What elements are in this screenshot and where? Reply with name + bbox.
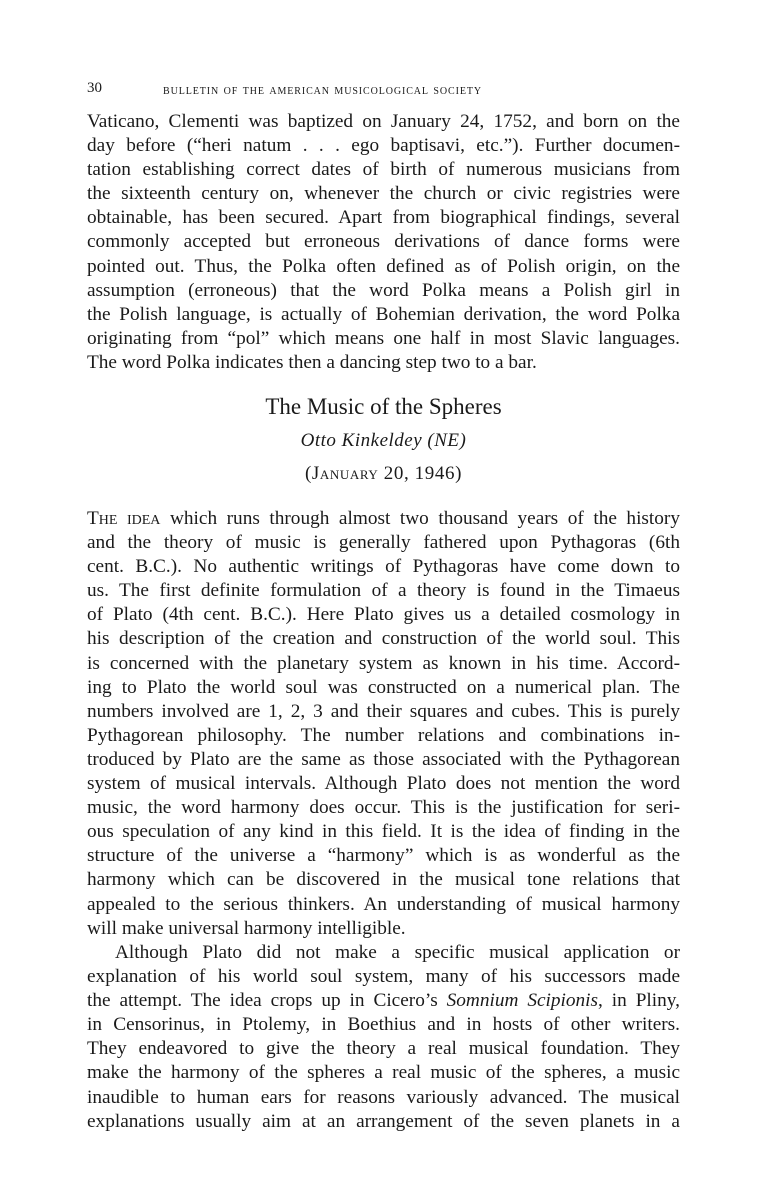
lead-in-small-caps: The idea — [87, 508, 160, 529]
line-prefix: the attempt. The idea crops up in Cicero… — [87, 990, 447, 1011]
text-line: ous speculation of any kind in this fiel… — [87, 820, 680, 844]
text-line: music, the word harmony does occur. This… — [87, 796, 680, 820]
text-line: make the harmony of the spheres a real m… — [87, 1061, 680, 1085]
text-line: us. The first definite formulation of a … — [87, 579, 680, 603]
text-line: numbers involved are 1, 2, 3 and their s… — [87, 700, 680, 724]
date-rest: 20, 1946) — [378, 463, 462, 484]
text-line: inaudible to human ears for reasons vari… — [87, 1086, 680, 1110]
text-line: in Censorinus, in Ptolemy, in Boethius a… — [87, 1013, 680, 1037]
text-line: explanation of his world soul system, ma… — [87, 965, 680, 989]
text-line: tation establishing correct dates of bir… — [87, 158, 680, 182]
article-paragraph-2: Although Plato did not make a specific m… — [87, 941, 680, 1134]
journal-title: BULLETIN OF THE AMERICAN MUSICOLOGICAL S… — [163, 82, 482, 99]
text-line: is concerned with the planetary system a… — [87, 652, 680, 676]
text-line: pointed out. Thus, the Polka often defin… — [87, 255, 680, 279]
date-open-paren: ( — [305, 463, 312, 484]
text-line: Vaticano, Clementi was baptized on Janua… — [87, 110, 680, 134]
italic-title: Somnium Scipionis — [447, 990, 598, 1011]
text-line: of Plato (4th cent. B.C.). Here Plato gi… — [87, 603, 680, 627]
text-line: and the theory of music is generally fat… — [87, 531, 680, 555]
text-line: ing to Plato the world soul was construc… — [87, 676, 680, 700]
date-month: January — [312, 463, 379, 484]
text-line: Pythagorean philosophy. The number relat… — [87, 724, 680, 748]
text-line: system of musical intervals. Although Pl… — [87, 772, 680, 796]
text-line: Although Plato did not make a specific m… — [87, 941, 680, 965]
article-paragraph-1: The idea which runs through almost two t… — [87, 507, 680, 941]
line-suffix: , in Pliny, — [598, 990, 680, 1011]
page-number: 30 — [87, 80, 102, 97]
text-line: They endeavored to give the theory a rea… — [87, 1037, 680, 1061]
text-line: the Polish language, is actually of Bohe… — [87, 303, 680, 327]
text-line: explanations usually aim at an arrangeme… — [87, 1110, 680, 1134]
text-line: obtainable, has been secured. Apart from… — [87, 206, 680, 230]
running-header: 30 BULLETIN OF THE AMERICAN MUSICOLOGICA… — [87, 80, 680, 100]
text-line: The word Polka indicates then a dancing … — [87, 351, 680, 375]
text-line: The idea which runs through almost two t… — [87, 507, 680, 531]
text-line: cent. B.C.). No authentic writings of Py… — [87, 555, 680, 579]
article-title: The Music of the Spheres — [87, 394, 680, 420]
article-date: (January 20, 1946) — [87, 463, 680, 485]
article-author: Otto Kinkeldey (NE) — [87, 430, 680, 452]
text-line: the sixteenth century on, whenever the c… — [87, 182, 680, 206]
text-line: his description of the creation and cons… — [87, 627, 680, 651]
text-line: the attempt. The idea crops up in Cicero… — [87, 989, 680, 1013]
first-line-rest: which runs through almost two thousand y… — [160, 508, 680, 529]
continued-paragraph: Vaticano, Clementi was baptized on Janua… — [87, 110, 680, 375]
text-line: structure of the universe a “harmony” wh… — [87, 844, 680, 868]
text-line: assumption (erroneous) that the word Pol… — [87, 279, 680, 303]
text-line: harmony which can be discovered in the m… — [87, 868, 680, 892]
text-line: commonly accepted but erroneous derivati… — [87, 230, 680, 254]
text-line: will make universal harmony intelligible… — [87, 917, 680, 941]
text-line: appealed to the serious thinkers. An und… — [87, 893, 680, 917]
text-line: troduced by Plato are the same as those … — [87, 748, 680, 772]
text-line: day before (“heri natum . . . ego baptis… — [87, 134, 680, 158]
text-line: originating from “pol” which means one h… — [87, 327, 680, 351]
